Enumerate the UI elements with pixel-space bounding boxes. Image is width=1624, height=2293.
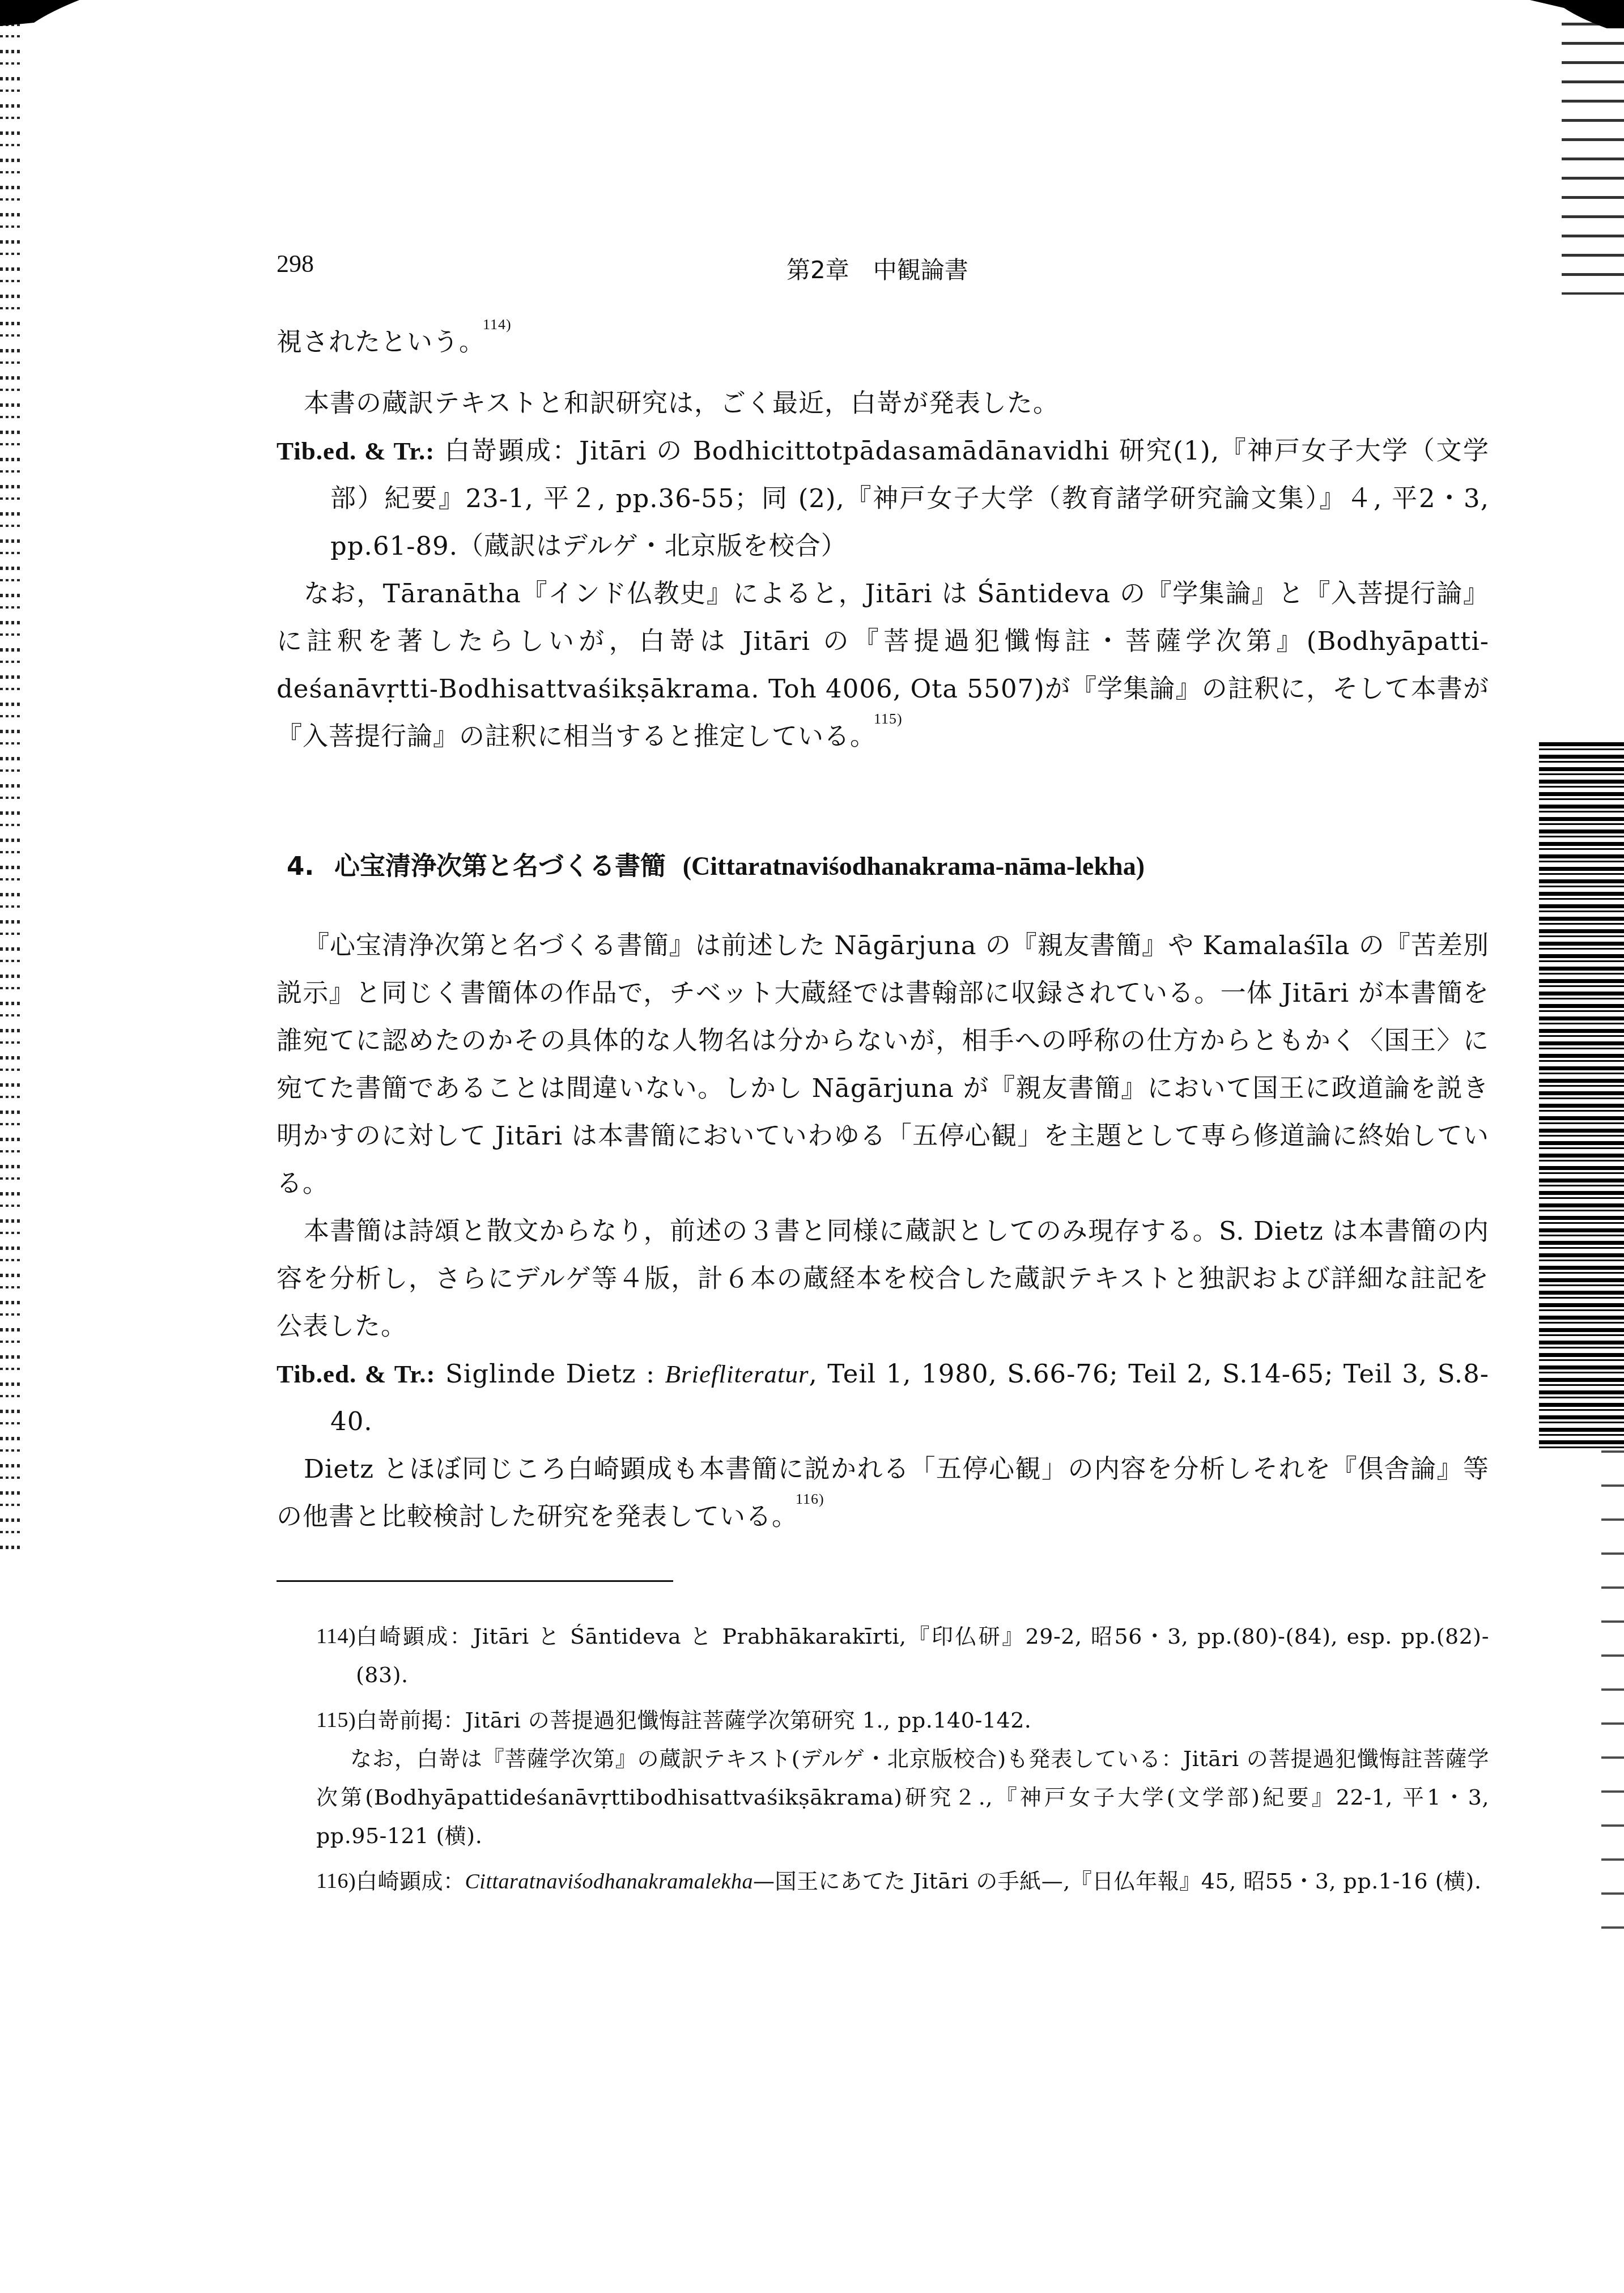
paragraph-text: Dietz とほぼ同じころ白崎顕成も本書簡に説かれる「五停心観」の内容を分析しそ… bbox=[277, 1454, 1489, 1531]
reference-text: Siglinde Dietz : bbox=[445, 1359, 665, 1389]
footnote-115: 115) 白嵜前掲：Jitāri の菩提過犯懺悔註菩薩学次第研究 1., pp.… bbox=[277, 1701, 1489, 1855]
section-title-sanskrit: (Cittaratnaviśodhanakrama-nāma-lekha) bbox=[683, 852, 1145, 880]
footnote-ref-114[interactable]: 114) bbox=[483, 316, 512, 333]
footnote-text: —国王にあてた Jitāri の手紙—,『日仏年報』45, 昭55・3, pp.… bbox=[753, 1869, 1481, 1894]
footnote-text: 白嵜前掲：Jitāri の菩提過犯懺悔註菩薩学次第研究 1., pp.140-1… bbox=[356, 1701, 1489, 1739]
paragraph-continued: 視されたという。114) bbox=[277, 318, 1489, 366]
footnote-text: 白崎顕成：Jitāri と Śāntideva と Prabhākarakīrt… bbox=[356, 1624, 1489, 1687]
footnote-ref-115[interactable]: 115) bbox=[874, 711, 903, 727]
footnote-subparagraph: なお，白嵜は『菩薩学次第』の蔵訳テキスト(デルゲ・北京版校合)も発表している：J… bbox=[316, 1739, 1489, 1855]
footnote-116: 116) 白崎顕成：Cittaratnaviśodhanakramalekha—… bbox=[277, 1862, 1489, 1901]
section-title-japanese: 心宝清浄次第と名づくる書簡 bbox=[334, 851, 666, 881]
tib-ed-reference-2: Tib.ed. & Tr.: Siglinde Dietz : Brieflit… bbox=[277, 1350, 1489, 1445]
chapter-title: 第2章 中観論書 bbox=[787, 252, 968, 286]
footnote-number: 114) bbox=[316, 1617, 356, 1656]
footnote-114: 114) 白崎顕成：Jitāri と Śāntideva と Prabhākar… bbox=[277, 1617, 1489, 1694]
footnote-title: Cittaratnaviśodhanakramalekha bbox=[465, 1870, 753, 1894]
footnote-number: 115) bbox=[316, 1701, 356, 1739]
section-heading: 4. 心宝清浄次第と名づくる書簡 (Cittaratnaviśodhanakra… bbox=[277, 845, 1489, 882]
scan-edge-right-middle bbox=[1539, 742, 1624, 1450]
paragraph: Dietz とほぼ同じころ白崎顕成も本書簡に説かれる「五停心観」の内容を分析しそ… bbox=[277, 1445, 1489, 1541]
page-number: 298 bbox=[277, 249, 314, 278]
section-number: 4. bbox=[287, 851, 314, 881]
paragraph: 本書の蔵訳テキストと和訳研究は，ごく最近，白嵜が発表した。 bbox=[277, 380, 1489, 427]
scan-edge-shadow bbox=[0, 0, 1624, 28]
page: 298 第2章 中観論書 視されたという。114) 本書の蔵訳テキストと和訳研究… bbox=[277, 249, 1489, 1908]
reference-label: Tib.ed. & Tr.: bbox=[277, 1360, 435, 1388]
scan-edge-right-bottom bbox=[1601, 1450, 1624, 1960]
scan-edge-left bbox=[0, 23, 20, 1552]
footnote-text: 白崎顕成： bbox=[356, 1869, 465, 1894]
footnote-ref-116[interactable]: 116) bbox=[796, 1491, 824, 1507]
paragraph: なお，Tāranātha『インド仏教史』によると，Jitāri は Śāntid… bbox=[277, 570, 1489, 760]
reference-title: Briefliteratur bbox=[665, 1360, 809, 1388]
footnote-number: 116) bbox=[316, 1862, 356, 1900]
reference-text: 白嵜顕成：Jitāri の Bodhicittotpādasamādānavid… bbox=[330, 436, 1489, 561]
footnote-divider bbox=[277, 1580, 673, 1582]
paragraph: 本書簡は詩頌と散文からなり，前述の３書と同様に蔵訳としてのみ現存する。S. Di… bbox=[277, 1207, 1489, 1350]
reference-label: Tib.ed. & Tr.: bbox=[277, 437, 435, 465]
paragraph-text: 視されたという。 bbox=[277, 327, 485, 357]
scan-edge-right-top bbox=[1562, 23, 1624, 295]
running-header: 298 第2章 中観論書 bbox=[277, 249, 1489, 283]
paragraph: 『心宝清浄次第と名づくる書簡』は前述した Nāgārjuna の『親友書簡』や … bbox=[277, 922, 1489, 1207]
tib-ed-reference-1: Tib.ed. & Tr.: 白嵜顕成：Jitāri の Bodhicittot… bbox=[277, 427, 1489, 570]
